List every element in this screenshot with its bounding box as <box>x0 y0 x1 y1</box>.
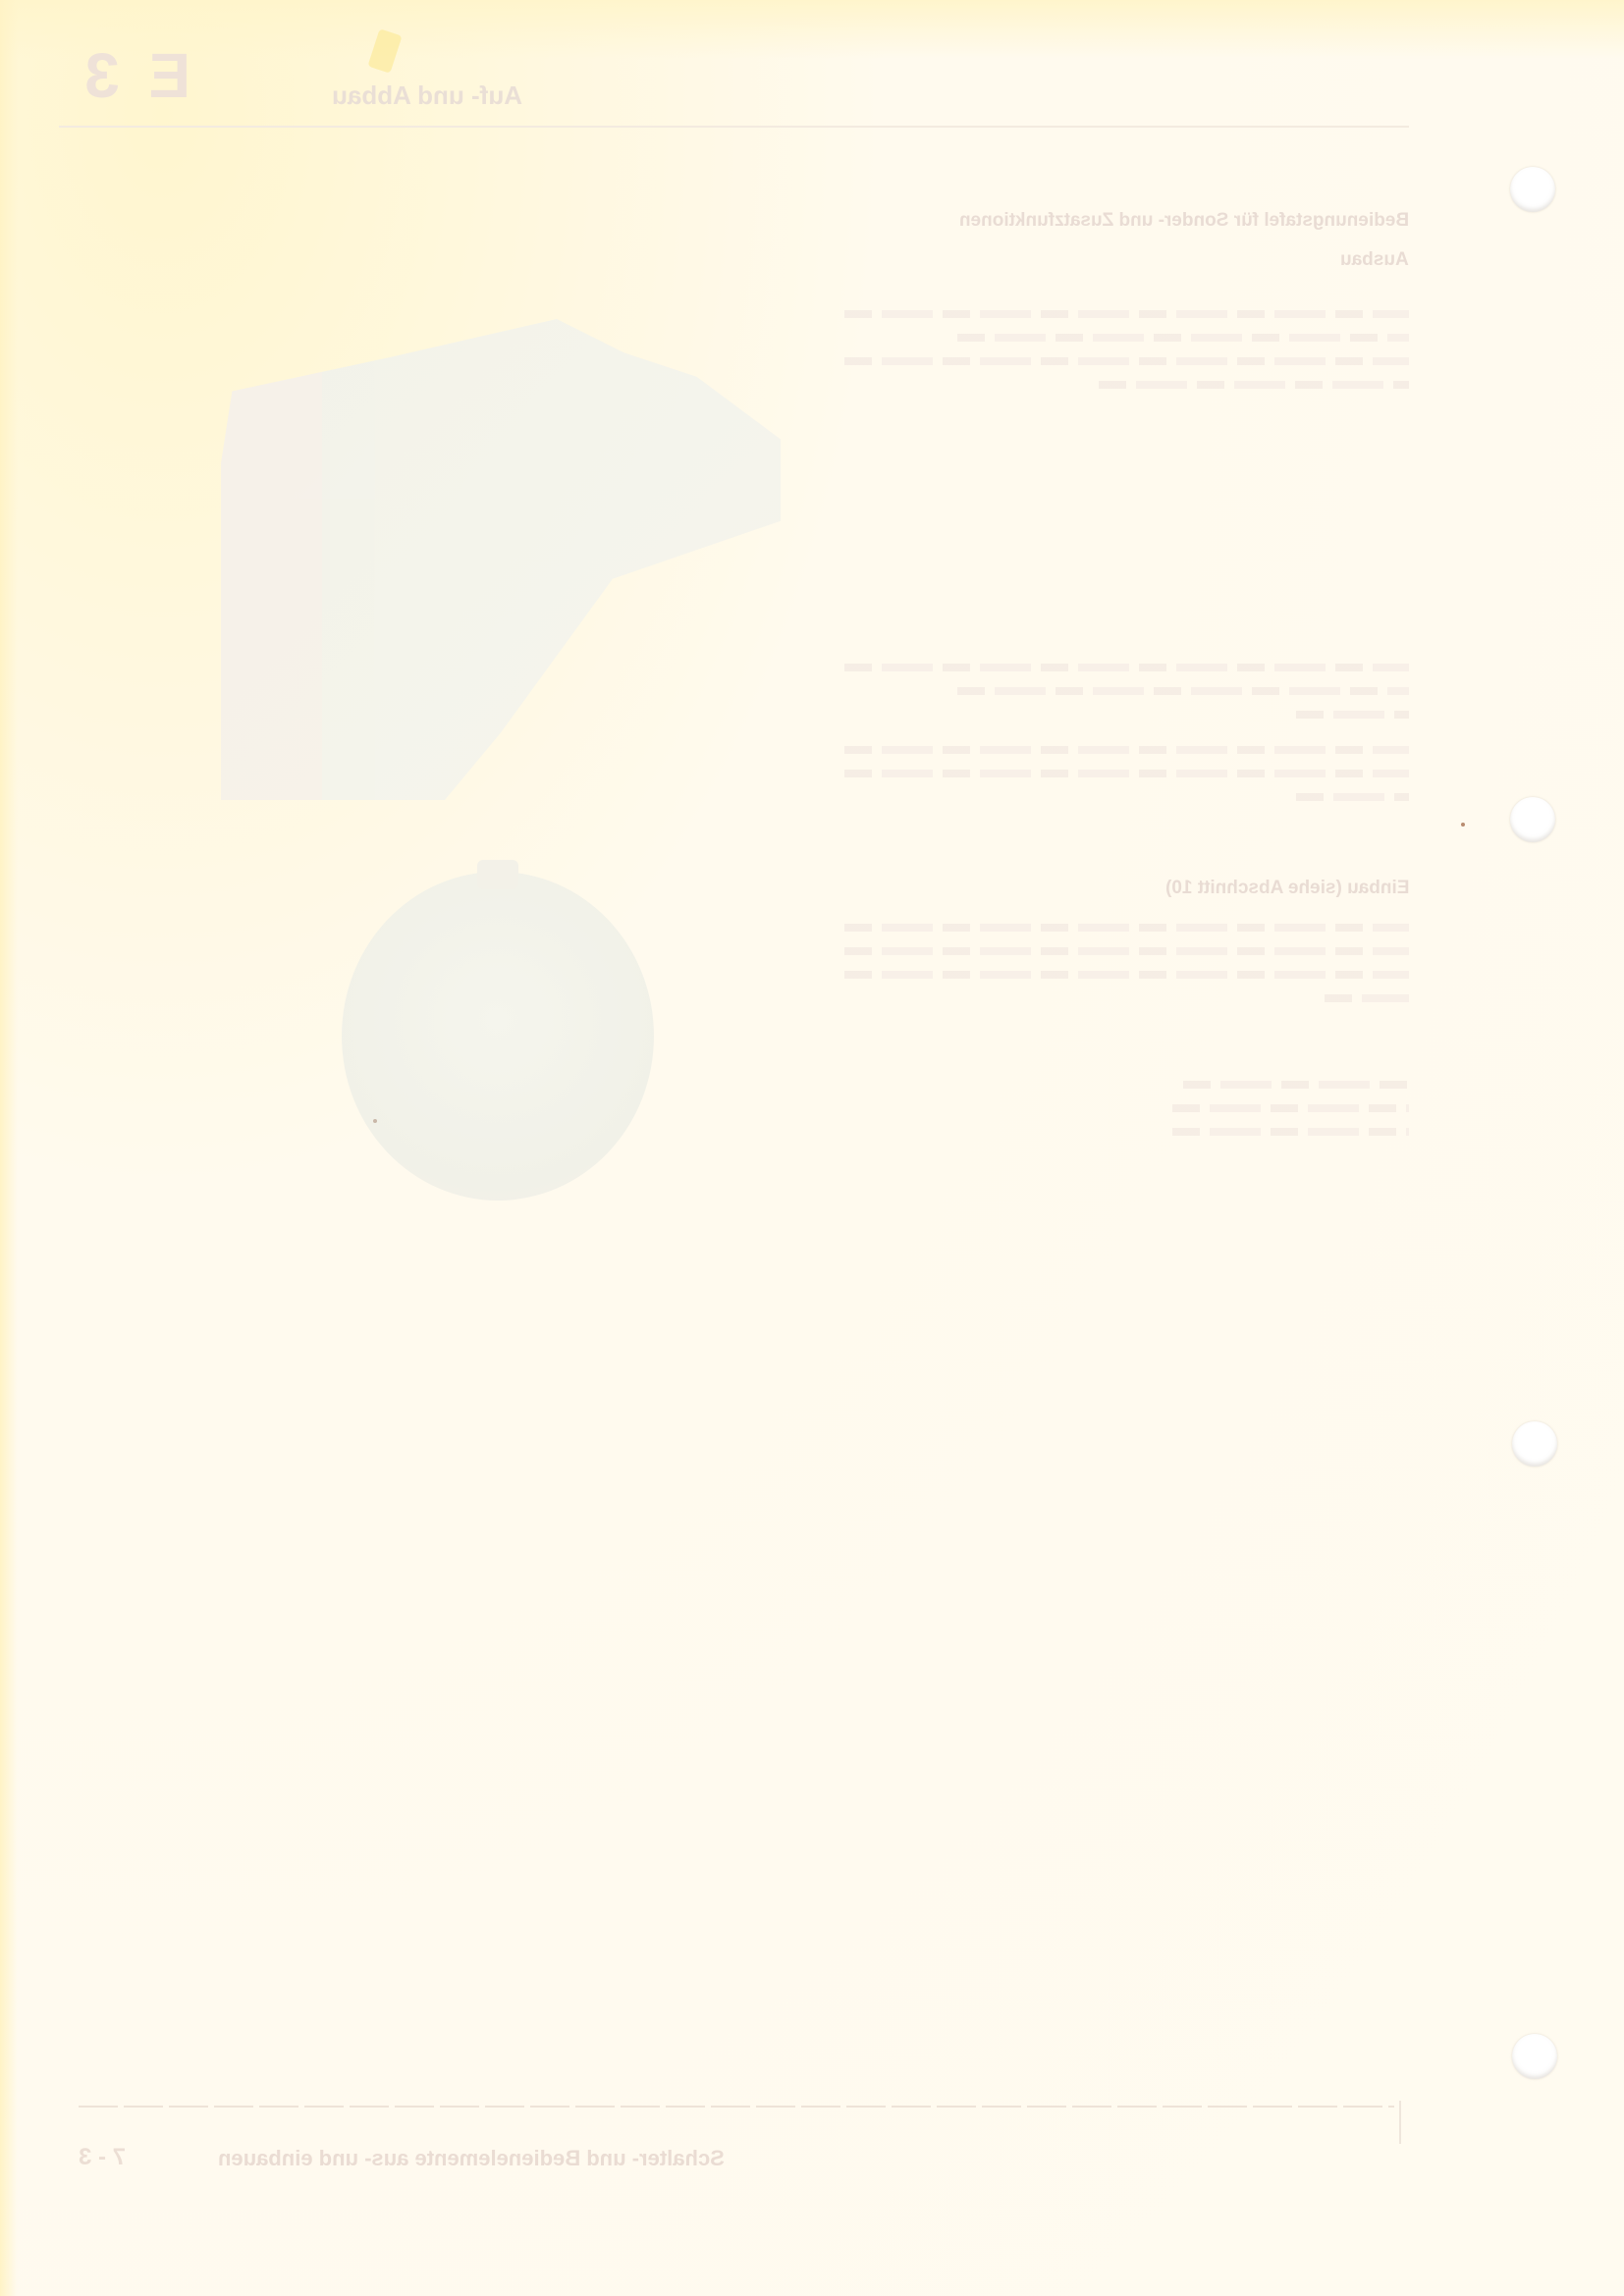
paper-speck <box>1461 823 1465 827</box>
section-heading-line2: Ausbau <box>1340 240 1409 280</box>
text-line <box>1172 1104 1410 1112</box>
footer-divider <box>79 2106 1394 2108</box>
yellow-highlight-mark <box>367 28 402 73</box>
text-line <box>844 770 1409 777</box>
subsection-block: Einbau (siehe Abschnitt 10) <box>844 869 1409 1018</box>
footer-page-number-text: 7 - 3 <box>79 2144 126 2171</box>
header-title: Auf- und Abbau <box>332 80 522 111</box>
text-line <box>1172 1128 1410 1136</box>
section-heading: Bedienungstafel für Sonder- und Zusatzfu… <box>844 201 1409 280</box>
page-code: E 3 <box>79 39 190 112</box>
paragraph-block-1 <box>844 294 1409 404</box>
text-line <box>844 746 1409 754</box>
paper-edge-left <box>0 0 18 2296</box>
text-line <box>844 357 1409 365</box>
text-line <box>844 664 1409 671</box>
footer-title-text: Schalter- und Bedienelemente aus- und ei… <box>218 2146 725 2171</box>
section-heading-block: Bedienungstafel für Sonder- und Zusatzfu… <box>844 201 1409 280</box>
page-code-text: E 3 <box>79 39 190 112</box>
page-header: E 3 Auf- und Abbau <box>59 20 1414 128</box>
text-line <box>844 924 1409 932</box>
paragraph-block-2 <box>844 648 1409 817</box>
punch-hole-icon <box>1510 797 1555 842</box>
header-divider <box>59 126 1409 128</box>
punch-hole-icon <box>1512 2034 1557 2079</box>
text-line <box>1296 711 1409 719</box>
paragraph-block-3 <box>844 1065 1409 1151</box>
header-title-text: Auf- und Abbau <box>332 80 522 111</box>
text-line <box>957 334 1409 342</box>
footer-page-number: 7 - 3 <box>79 2144 126 2171</box>
subsection-heading-text: Einbau (siehe Abschnitt 10) <box>1165 869 1409 908</box>
text-line <box>1099 381 1409 389</box>
paper-speck <box>373 1119 377 1123</box>
text-line <box>957 687 1409 695</box>
text-line <box>844 310 1409 318</box>
text-line <box>844 947 1409 955</box>
text-line <box>844 971 1409 979</box>
round-connector-photo <box>342 872 654 1201</box>
section-heading-line1: Bedienungstafel für Sonder- und Zusatzfu… <box>959 201 1409 240</box>
punch-hole-icon <box>1512 1421 1557 1467</box>
subsection-heading: Einbau (siehe Abschnitt 10) <box>844 869 1409 908</box>
text-line <box>1183 1081 1409 1089</box>
footer-mark <box>1399 2101 1401 2144</box>
punch-hole-icon <box>1510 167 1555 212</box>
text-line <box>1325 994 1409 1002</box>
text-line <box>1296 793 1409 801</box>
component-photo <box>221 319 781 800</box>
footer-title: Schalter- und Bedienelemente aus- und ei… <box>218 2146 725 2171</box>
page-footer: 7 - 3 Schalter- und Bedienelemente aus- … <box>79 2101 1404 2179</box>
